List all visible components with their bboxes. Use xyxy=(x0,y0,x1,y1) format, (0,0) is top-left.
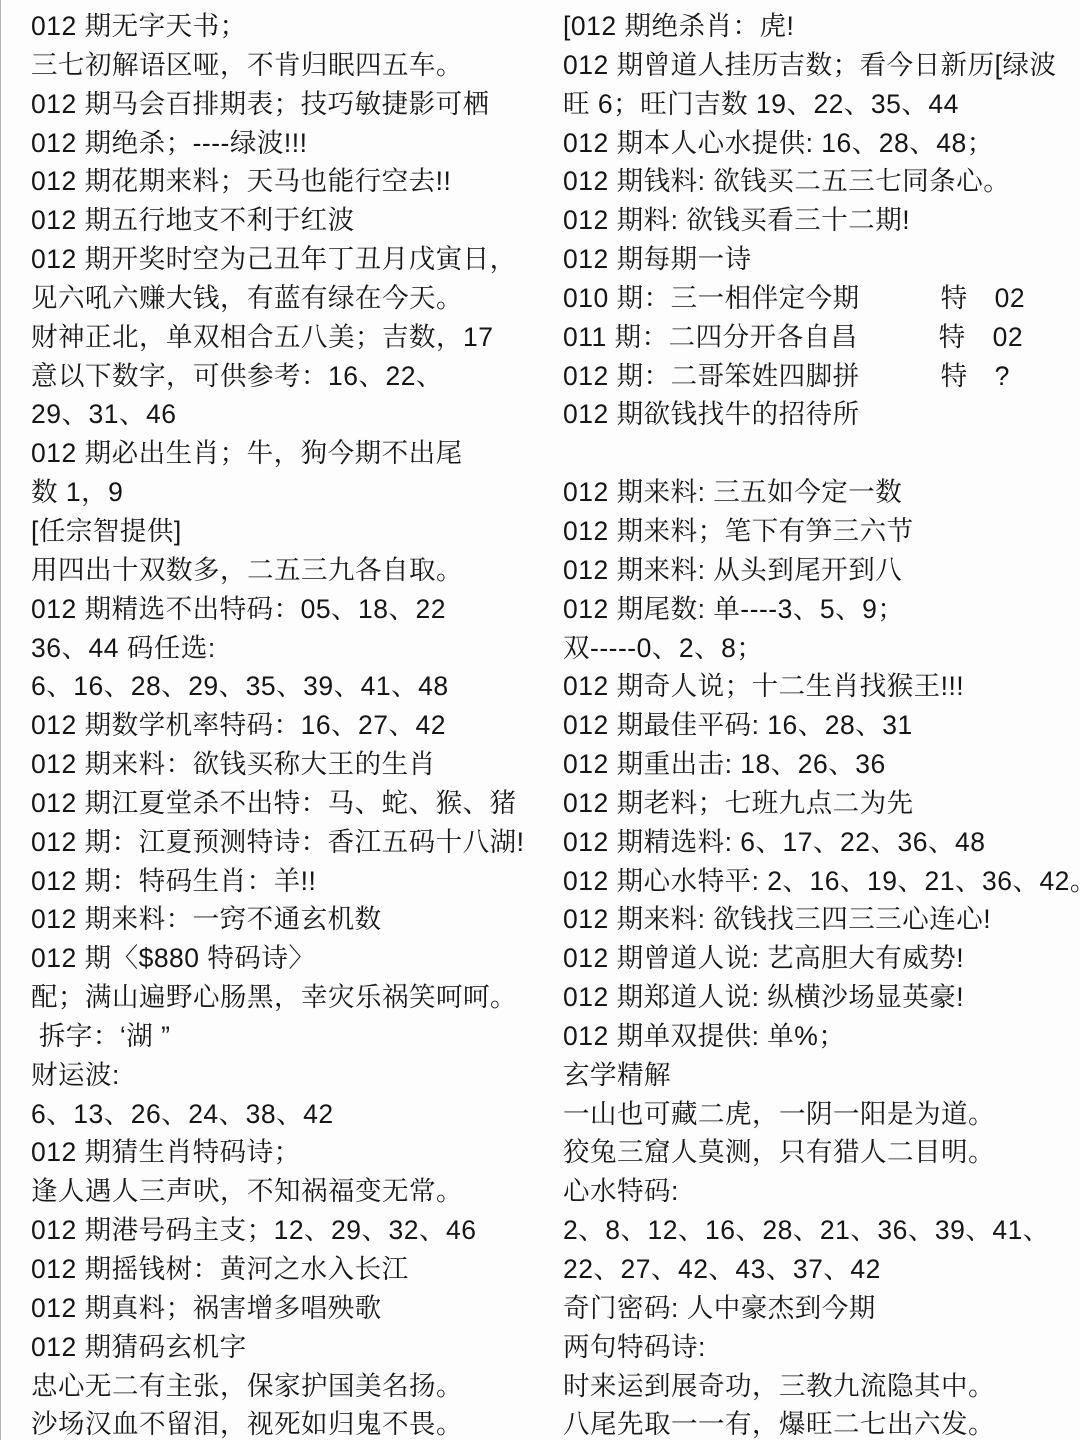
text-line: 012 期绝杀；----绿波!!! xyxy=(31,124,536,163)
text-line: 22、27、42、43、37、42 xyxy=(563,1250,1075,1289)
text-line: 012 期摇钱树：黄河之水入长江 xyxy=(31,1250,536,1289)
text-line: 012 期最佳平码: 16、28、31 xyxy=(563,706,1075,745)
text-line: 012 期心水特平: 2、16、19、21、36、42。 xyxy=(563,862,1075,901)
text-line: 双-----0、2、8； xyxy=(563,629,1075,668)
text-line: 012 期港号码主支；12、29、32、46 xyxy=(31,1211,536,1250)
text-line: 012 期：江夏预测特诗：香江五码十八湖! xyxy=(31,823,536,862)
text-line: 狡兔三窟人莫测，只有猎人二目明。 xyxy=(563,1133,1075,1172)
text-line: 数 1，9 xyxy=(31,473,536,512)
text-line: 012 期〈$880 特码诗〉 xyxy=(31,939,536,978)
text-line: 旺 6；旺门吉数 19、22、35、44 xyxy=(563,85,1075,124)
text-line: 逢人遇人三声吠，不知祸福变无常。 xyxy=(31,1172,536,1211)
text-line: 012 期花期来料；天马也能行空去!! xyxy=(31,162,536,201)
text-line: [任宗智提供] xyxy=(31,512,536,551)
text-line: 012 期精选不出特码：05、18、22 xyxy=(31,590,536,629)
text-line: 012 期来料；笔下有笋三六节 xyxy=(563,512,1075,551)
text-line: 一山也可藏二虎，一阴一阳是为道。 xyxy=(563,1095,1075,1134)
lottery-tips-sheet: 012 期无字天书；三七初解语区哑，不肯归眠四五车。012 期马会百排期表；技巧… xyxy=(0,0,1080,1440)
text-line: 用四出十双数多，二五三九各自取。 xyxy=(31,551,536,590)
text-line: [012 期绝杀肖：虎! xyxy=(563,7,1075,46)
text-line: 012 期本人心水提供: 16、28、48； xyxy=(563,124,1075,163)
text-line: 010 期：三一相伴定今期 特 02 xyxy=(563,279,1075,318)
text-line: 忠心无二有主张，保家护国美名扬。 xyxy=(31,1367,536,1406)
text-line: 心水特码: xyxy=(563,1172,1075,1211)
text-line: 012 期单双提供: 单%； xyxy=(563,1017,1075,1056)
text-line: 012 期曾道人说: 艺高胆大有威势! xyxy=(563,939,1075,978)
text-line: 012 期无字天书； xyxy=(31,7,536,46)
text-line: 见六吼六赚大钱，有蓝有绿在今天。 xyxy=(31,279,536,318)
text-line: 012 期料: 欲钱买看三十二期! xyxy=(563,201,1075,240)
text-line: 012 期数学机率特码：16、27、42 xyxy=(31,706,536,745)
text-line: 36、44 码任选: xyxy=(31,629,536,668)
text-line: 财神正北，单双相合五八美；吉数，17 xyxy=(31,318,536,357)
text-line: 拆字：‘湖 ” xyxy=(31,1017,536,1056)
text-line: 012 期曾道人挂历吉数；看今日新历[绿波 xyxy=(563,46,1075,85)
text-line xyxy=(563,434,1075,473)
text-line: 012 期来料：一窍不通玄机数 xyxy=(31,900,536,939)
text-line: 沙场汉血不留泪，视死如归鬼不畏。 xyxy=(31,1405,536,1440)
text-line: 玄学精解 xyxy=(563,1056,1075,1095)
text-line: 012 期猜码玄机字 xyxy=(31,1328,536,1367)
text-line: 意以下数字，可供参考：16、22、 xyxy=(31,357,536,396)
text-line: 012 期猜生肖特码诗； xyxy=(31,1133,536,1172)
text-line: 012 期马会百排期表；技巧敏捷影可栖 xyxy=(31,85,536,124)
text-line: 012 期：二哥笨姓四脚拼 特 ? xyxy=(563,357,1075,396)
column-left: 012 期无字天书；三七初解语区哑，不肯归眠四五车。012 期马会百排期表；技巧… xyxy=(31,7,536,1440)
text-line: 012 期来料: 从头到尾开到八 xyxy=(563,551,1075,590)
text-line: 012 期精选料: 6、17、22、36、48 xyxy=(563,823,1075,862)
text-line: 011 期：二四分开各自昌 特 02 xyxy=(563,318,1075,357)
text-line: 三七初解语区哑，不肯归眠四五车。 xyxy=(31,46,536,85)
text-line: 配；满山遍野心肠黑，幸灾乐祸笑呵呵。 xyxy=(31,978,536,1017)
text-line: 012 期每期一诗 xyxy=(563,240,1075,279)
text-line: 012 期来料：欲钱买称大王的生肖 xyxy=(31,745,536,784)
text-line: 两句特码诗: xyxy=(563,1328,1075,1367)
column-right: [012 期绝杀肖：虎!012 期曾道人挂历吉数；看今日新历[绿波旺 6；旺门吉… xyxy=(563,7,1075,1440)
text-line: 012 期真料；祸害增多唱殃歌 xyxy=(31,1289,536,1328)
text-line: 012 期郑道人说: 纵横沙场显英豪! xyxy=(563,978,1075,1017)
text-line: 012 期钱料: 欲钱买二五三七同条心。 xyxy=(563,162,1075,201)
text-line: 6、13、26、24、38、42 xyxy=(31,1095,536,1134)
text-line: 奇门密码: 人中豪杰到今期 xyxy=(563,1289,1075,1328)
text-line: 012 期奇人说；十二生肖找猴王!!! xyxy=(563,667,1075,706)
text-line: 012 期老料；七班九点二为先 xyxy=(563,784,1075,823)
text-line: 012 期来料: 欲钱找三四三三心连心! xyxy=(563,900,1075,939)
text-line: 012 期重出击: 18、26、36 xyxy=(563,745,1075,784)
text-line: 29、31、46 xyxy=(31,395,536,434)
text-line: 012 期：特码生肖：羊!! xyxy=(31,862,536,901)
text-line: 时来运到展奇功，三教九流隐其中。 xyxy=(563,1367,1075,1406)
text-line: 2、8、12、16、28、21、36、39、41、 xyxy=(563,1211,1075,1250)
text-line: 012 期开奖时空为己丑年丁丑月戊寅日， xyxy=(31,240,536,279)
text-line: 012 期五行地支不利于红波 xyxy=(31,201,536,240)
text-line: 012 期尾数: 单----3、5、9； xyxy=(563,590,1075,629)
text-line: 012 期欲钱找牛的招待所 xyxy=(563,395,1075,434)
text-line: 6、16、28、29、35、39、41、48 xyxy=(31,667,536,706)
text-line: 财运波: xyxy=(31,1056,536,1095)
text-line: 012 期必出生肖；牛，狗今期不出尾 xyxy=(31,434,536,473)
text-line: 八尾先取一一有，爆旺二七出六发。 xyxy=(563,1405,1075,1440)
text-line: 012 期江夏堂杀不出特：马、蛇、猴、猪 xyxy=(31,784,536,823)
text-line: 012 期来料: 三五如今定一数 xyxy=(563,473,1075,512)
